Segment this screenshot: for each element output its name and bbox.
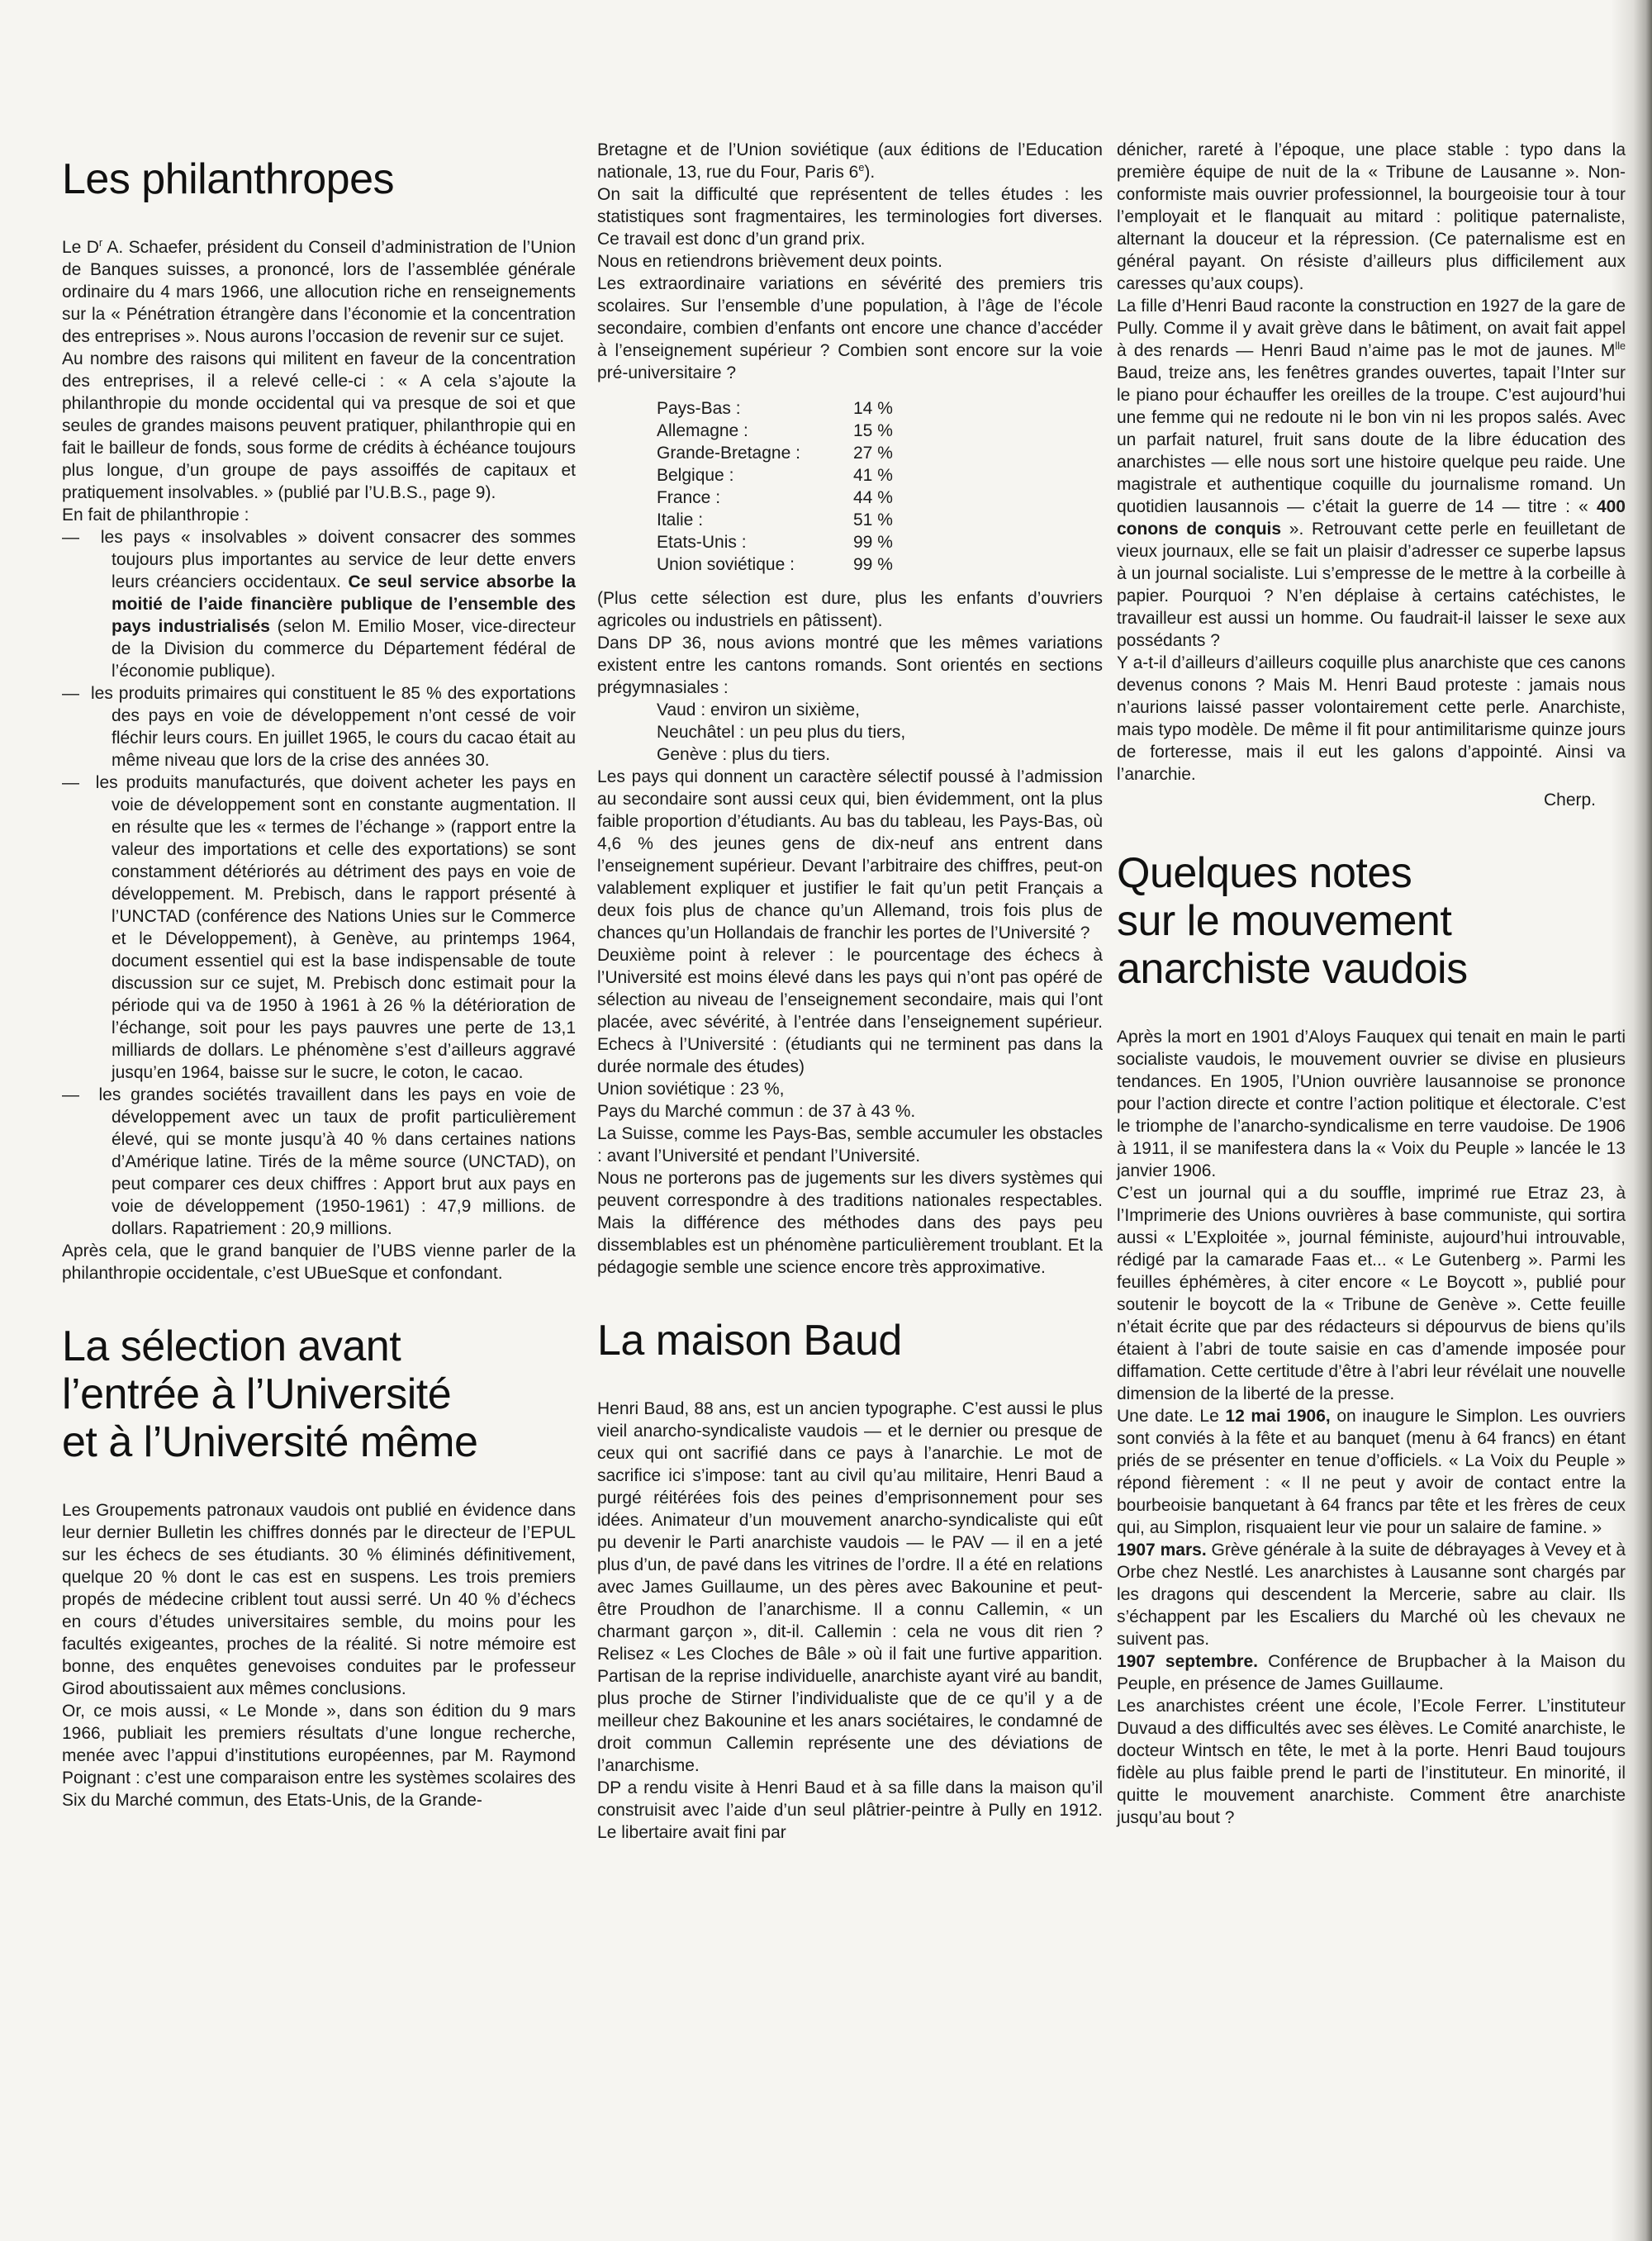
stat-value: 99 % (853, 553, 893, 576)
stat-value: 99 % (853, 531, 893, 553)
paragraph: 1907 mars. Grève générale à la suite de … (1117, 1539, 1626, 1650)
text-run: Henri Baud, 88 ans, est un ancien typogr… (597, 1399, 1108, 1775)
signature: Cherp. (1117, 789, 1626, 811)
stat-label: Pays-Bas : (657, 397, 853, 420)
stat-value: 27 % (853, 442, 893, 464)
text-run: Cherp. (1544, 791, 1596, 810)
article-title-line: Les philanthropes (62, 155, 576, 203)
text-run: En fait de philanthropie : (62, 506, 249, 525)
stat-value: 41 % (853, 464, 893, 487)
paragraph: Après la mort en 1901 d’Aloys Fauquex qu… (1117, 1026, 1626, 1182)
bold-text: 12 mai 1906, (1225, 1407, 1330, 1426)
stat-row: Union soviétique :99 % (597, 553, 1103, 576)
paragraph: Une date. Le 12 mai 1906, on inaugure le… (1117, 1405, 1626, 1539)
dash-item: — les produits manufacturés, que doivent… (62, 772, 576, 1084)
paragraph: On sait la difficulté que représentent d… (597, 183, 1103, 250)
paragraph: Les anarchistes créent une école, l’Ecol… (1117, 1695, 1626, 1829)
paragraph: En fait de philanthropie : (62, 504, 576, 526)
text-run: Pays du Marché commun : de 37 à 43 %. (597, 1102, 915, 1121)
paragraph: La Suisse, comme les Pays-Bas, semble ac… (597, 1123, 1103, 1167)
stat-row: France :44 % (597, 487, 1103, 509)
text-run: — les produits primaires qui constituent… (62, 684, 581, 770)
column-right: dénicher, rareté à l’époque, une place s… (1117, 0, 1626, 2241)
paragraph: Le Dr A. Schaefer, président du Conseil … (62, 236, 576, 348)
paragraph: Y a-t-il d’ailleurs d’ailleurs coquille … (1117, 652, 1626, 786)
text-run: Dans DP 36, nous avions montré que les m… (597, 634, 1108, 697)
text-run: — les produits manufacturés, que doivent… (62, 773, 581, 1082)
text-run: — les grandes sociétés travaillent dans … (62, 1085, 581, 1238)
paragraph: Les Groupements patronaux vaudois ont pu… (62, 1499, 576, 1700)
article-title-line: La maison Baud (597, 1317, 1103, 1365)
text-run: ». Retrouvant cette perle en feuilletant… (1117, 520, 1631, 650)
column-middle: Bretagne et de l’Union soviétique (aux é… (597, 0, 1103, 2241)
article-title-line: et à l’Université même (62, 1418, 576, 1466)
newspaper-page: { "colors": { "page_bg": "#f6f5f1", "ink… (0, 0, 1652, 2241)
paragraph: Dans DP 36, nous avions montré que les m… (597, 632, 1103, 699)
article-title: Quelques notessur le mouvementanarchiste… (1117, 849, 1626, 993)
article-title: La maison Baud (597, 1317, 1103, 1365)
text-run: C’est un journal qui a du souffle, impri… (1117, 1184, 1631, 1403)
stat-label: Italie : (657, 509, 853, 531)
paragraph: Or, ce mois aussi, « Le Monde », dans so… (62, 1700, 576, 1811)
indent-line: Neuchâtel : un peu plus du tiers, (597, 721, 1103, 743)
text-run: Genève : plus du tiers. (657, 745, 830, 764)
column-left: Les philanthropesLe Dr A. Schaefer, prés… (62, 0, 576, 2241)
text-run: Baud, treize ans, les fenêtres grandes o… (1117, 341, 1631, 516)
text-run: Nous ne porterons pas de jugements sur l… (597, 1169, 1108, 1277)
text-run: DP a rendu visite à Henri Baud et à sa f… (597, 1778, 1108, 1842)
stat-table: Pays-Bas :14 %Allemagne :15 %Grande-Bret… (597, 397, 1103, 576)
text-run: Bretagne et de l’Union soviétique (aux é… (597, 140, 1108, 182)
stat-label: Belgique : (657, 464, 853, 487)
text-run: Les pays qui donnent un caractère sélect… (597, 767, 1108, 942)
paragraph: La fille d’Henri Baud raconte la constru… (1117, 295, 1626, 652)
stat-value: 15 % (853, 420, 893, 442)
stat-row: Etats-Unis :99 % (597, 531, 1103, 553)
indent-line: Vaud : environ un sixième, (597, 699, 1103, 721)
stat-label: Etats-Unis : (657, 531, 853, 553)
stat-value: 14 % (853, 397, 893, 420)
bold-text: 1907 septembre. (1117, 1652, 1258, 1671)
paragraph: Pays du Marché commun : de 37 à 43 %. (597, 1100, 1103, 1123)
text-run: ). (864, 163, 875, 182)
stat-value: 51 % (853, 509, 893, 531)
dash-item: — les grandes sociétés travaillent dans … (62, 1084, 576, 1240)
paragraph: Au nombre des raisons qui militent en fa… (62, 348, 576, 504)
text-run: on inaugure le Simplon. Les ouvriers son… (1117, 1407, 1631, 1537)
article-title-line: Quelques notes (1117, 849, 1626, 897)
bold-text: 1907 mars. (1117, 1541, 1207, 1560)
article-title-line: anarchiste vaudois (1117, 945, 1626, 993)
stat-row: Pays-Bas :14 % (597, 397, 1103, 420)
text-run: Union soviétique : 23 %, (597, 1080, 784, 1099)
text-run: Au nombre des raisons qui militent en fa… (62, 349, 581, 502)
stat-label: France : (657, 487, 853, 509)
text-run: On sait la difficulté que représentent d… (597, 185, 1108, 249)
stat-row: Allemagne :15 % (597, 420, 1103, 442)
dash-item: — les produits primaires qui constituent… (62, 682, 576, 772)
stat-value: 44 % (853, 487, 893, 509)
paragraph: C’est un journal qui a du souffle, impri… (1117, 1182, 1626, 1405)
paragraph: Union soviétique : 23 %, (597, 1078, 1103, 1100)
text-run: La Suisse, comme les Pays-Bas, semble ac… (597, 1124, 1108, 1166)
text-run: Les anarchistes créent une école, l’Ecol… (1117, 1697, 1631, 1827)
text-run: Les Groupements patronaux vaudois ont pu… (62, 1501, 581, 1698)
stat-label: Union soviétique : (657, 553, 853, 576)
text-run: Après cela, que le grand banquier de l’U… (62, 1242, 581, 1283)
indent-line: Genève : plus du tiers. (597, 743, 1103, 766)
paragraph: dénicher, rareté à l’époque, une place s… (1117, 139, 1626, 295)
dash-item: — les pays « insolvables » doivent consa… (62, 526, 576, 682)
article-title: Les philanthropes (62, 155, 576, 203)
paragraph: DP a rendu visite à Henri Baud et à sa f… (597, 1777, 1103, 1844)
text-run: Y a-t-il d’ailleurs d’ailleurs coquille … (1117, 653, 1631, 784)
paragraph: Les extraordinaire variations en sévérit… (597, 273, 1103, 384)
stat-row: Grande-Bretagne :27 % (597, 442, 1103, 464)
text-run: La fille d’Henri Baud raconte la constru… (1117, 297, 1631, 360)
text-run: A. Schaefer, président du Conseil d’admi… (62, 238, 581, 346)
text-run: Neuchâtel : un peu plus du tiers, (657, 723, 905, 742)
text-run: Deuxième point à relever : le pourcentag… (597, 946, 1108, 1076)
paragraph: Nous ne porterons pas de jugements sur l… (597, 1167, 1103, 1279)
text-run: Une date. Le (1117, 1407, 1225, 1426)
paragraph: Les pays qui donnent un caractère sélect… (597, 766, 1103, 944)
text-run: Le D (62, 238, 99, 257)
text-run: (Plus cette sélection est dure, plus les… (597, 589, 1108, 630)
paragraph: 1907 septembre. Conférence de Brupbacher… (1117, 1650, 1626, 1695)
paragraph: Après cela, que le grand banquier de l’U… (62, 1240, 576, 1284)
stat-row: Belgique :41 % (597, 464, 1103, 487)
paragraph: Bretagne et de l’Union soviétique (aux é… (597, 139, 1103, 183)
stat-row: Italie :51 % (597, 509, 1103, 531)
text-run: dénicher, rareté à l’époque, une place s… (1117, 140, 1631, 293)
article-title-line: l’entrée à l’Université (62, 1370, 576, 1418)
paragraph: Deuxième point à relever : le pourcentag… (597, 944, 1103, 1078)
stat-label: Grande-Bretagne : (657, 442, 853, 464)
text-run: Nous en retiendrons brièvement deux poin… (597, 252, 942, 271)
text-run: Vaud : environ un sixième, (657, 700, 860, 719)
text-run: Or, ce mois aussi, « Le Monde », dans so… (62, 1702, 581, 1810)
superscript-text: lle (1615, 340, 1626, 352)
paragraph: (Plus cette sélection est dure, plus les… (597, 587, 1103, 632)
article-title: La sélection avantl’entrée à l’Universit… (62, 1322, 576, 1466)
article-title-line: sur le mouvement (1117, 897, 1626, 945)
article-title-line: La sélection avant (62, 1322, 576, 1370)
paragraph: Henri Baud, 88 ans, est un ancien typogr… (597, 1398, 1103, 1777)
stat-label: Allemagne : (657, 420, 853, 442)
paragraph: Nous en retiendrons brièvement deux poin… (597, 250, 1103, 273)
text-run: Après la mort en 1901 d’Aloys Fauquex qu… (1117, 1028, 1631, 1180)
text-run: Les extraordinaire variations en sévérit… (597, 274, 1108, 382)
